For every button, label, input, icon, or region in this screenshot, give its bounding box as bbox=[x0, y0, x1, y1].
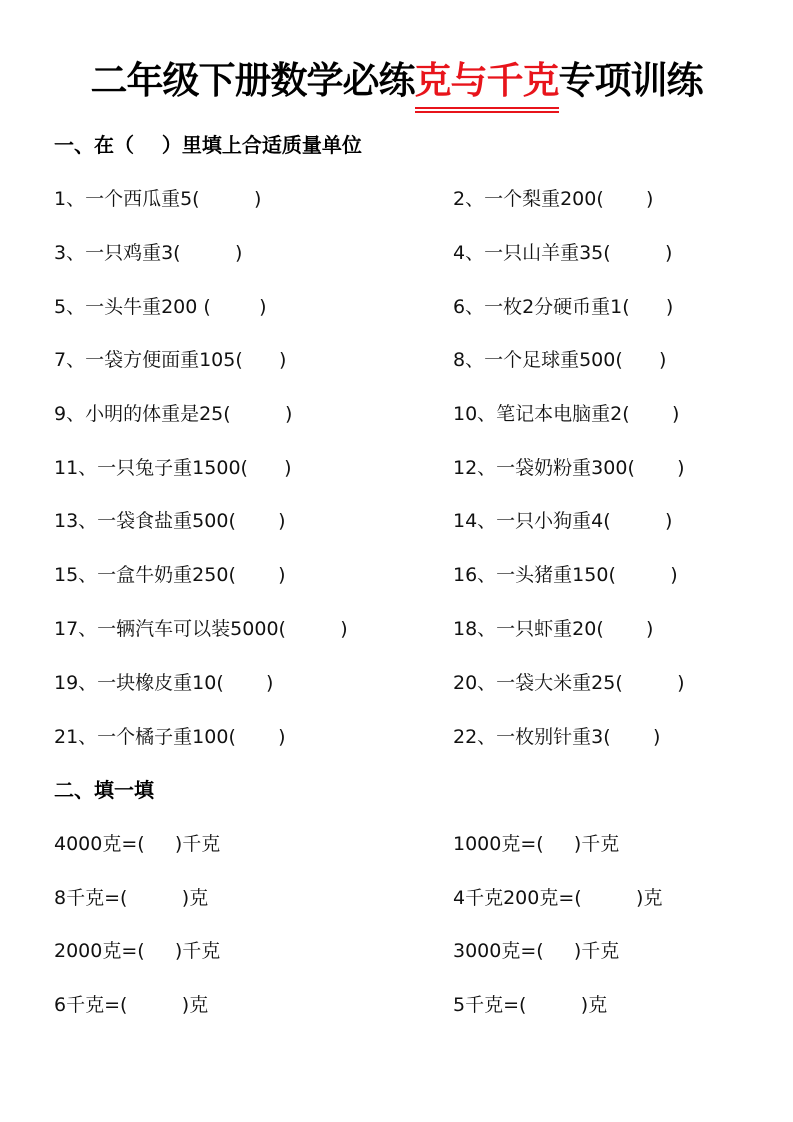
question-16: 16、一头猪重150( ) bbox=[453, 562, 678, 588]
question-17: 17、一辆汽车可以装5000( ) bbox=[54, 616, 348, 642]
question-21: 21、一个橘子重100( ) bbox=[54, 724, 286, 750]
title-suffix: 专项训练 bbox=[559, 59, 703, 102]
question-10: 10、笔记本电脑重2( ) bbox=[453, 401, 679, 427]
conversion-1: 4000克=( )千克 bbox=[54, 831, 220, 857]
question-19: 19、一块橡皮重10( ) bbox=[54, 670, 273, 696]
question-15: 15、一盒牛奶重250( ) bbox=[54, 562, 286, 588]
conversion-6: 3000克=( )千克 bbox=[453, 938, 619, 964]
section-1-heading: 一、在（ ）里填上合适质量单位 bbox=[54, 131, 362, 159]
question-9: 9、小明的体重是25( ) bbox=[54, 401, 292, 427]
title-prefix: 二年级下册数学必练 bbox=[91, 59, 415, 102]
conversion-2: 1000克=( )千克 bbox=[453, 831, 619, 857]
question-18: 18、一只虾重20( ) bbox=[453, 616, 653, 642]
conversion-3: 8千克=( )克 bbox=[54, 885, 208, 911]
question-5: 5、一头牛重200 ( ) bbox=[54, 294, 267, 320]
question-8: 8、一个足球重500( ) bbox=[453, 347, 666, 373]
conversion-7: 6千克=( )克 bbox=[54, 992, 208, 1018]
question-14: 14、一只小狗重4( ) bbox=[453, 508, 672, 534]
conversion-4: 4千克200克=( )克 bbox=[453, 885, 662, 911]
section-2-heading: 二、填一填 bbox=[54, 776, 154, 804]
question-20: 20、一袋大米重25( ) bbox=[453, 670, 685, 696]
conversion-8: 5千克=( )克 bbox=[453, 992, 607, 1018]
question-6: 6、一枚2分硬币重1( ) bbox=[453, 294, 673, 320]
question-1: 1、一个西瓜重5( ) bbox=[54, 186, 261, 212]
question-13: 13、一袋食盐重500( ) bbox=[54, 508, 286, 534]
title-highlight: 克与千克 bbox=[415, 56, 559, 106]
question-11: 11、一只兔子重1500( ) bbox=[54, 455, 292, 481]
worksheet-title: 二年级下册数学必练克与千克专项训练 bbox=[0, 56, 793, 106]
question-4: 4、一只山羊重35( ) bbox=[453, 240, 672, 266]
question-7: 7、一袋方便面重105( ) bbox=[54, 347, 286, 373]
question-2: 2、一个梨重200( ) bbox=[453, 186, 653, 212]
question-22: 22、一枚别针重3( ) bbox=[453, 724, 660, 750]
question-12: 12、一袋奶粉重300( ) bbox=[453, 455, 685, 481]
question-3: 3、一只鸡重3( ) bbox=[54, 240, 242, 266]
conversion-5: 2000克=( )千克 bbox=[54, 938, 220, 964]
